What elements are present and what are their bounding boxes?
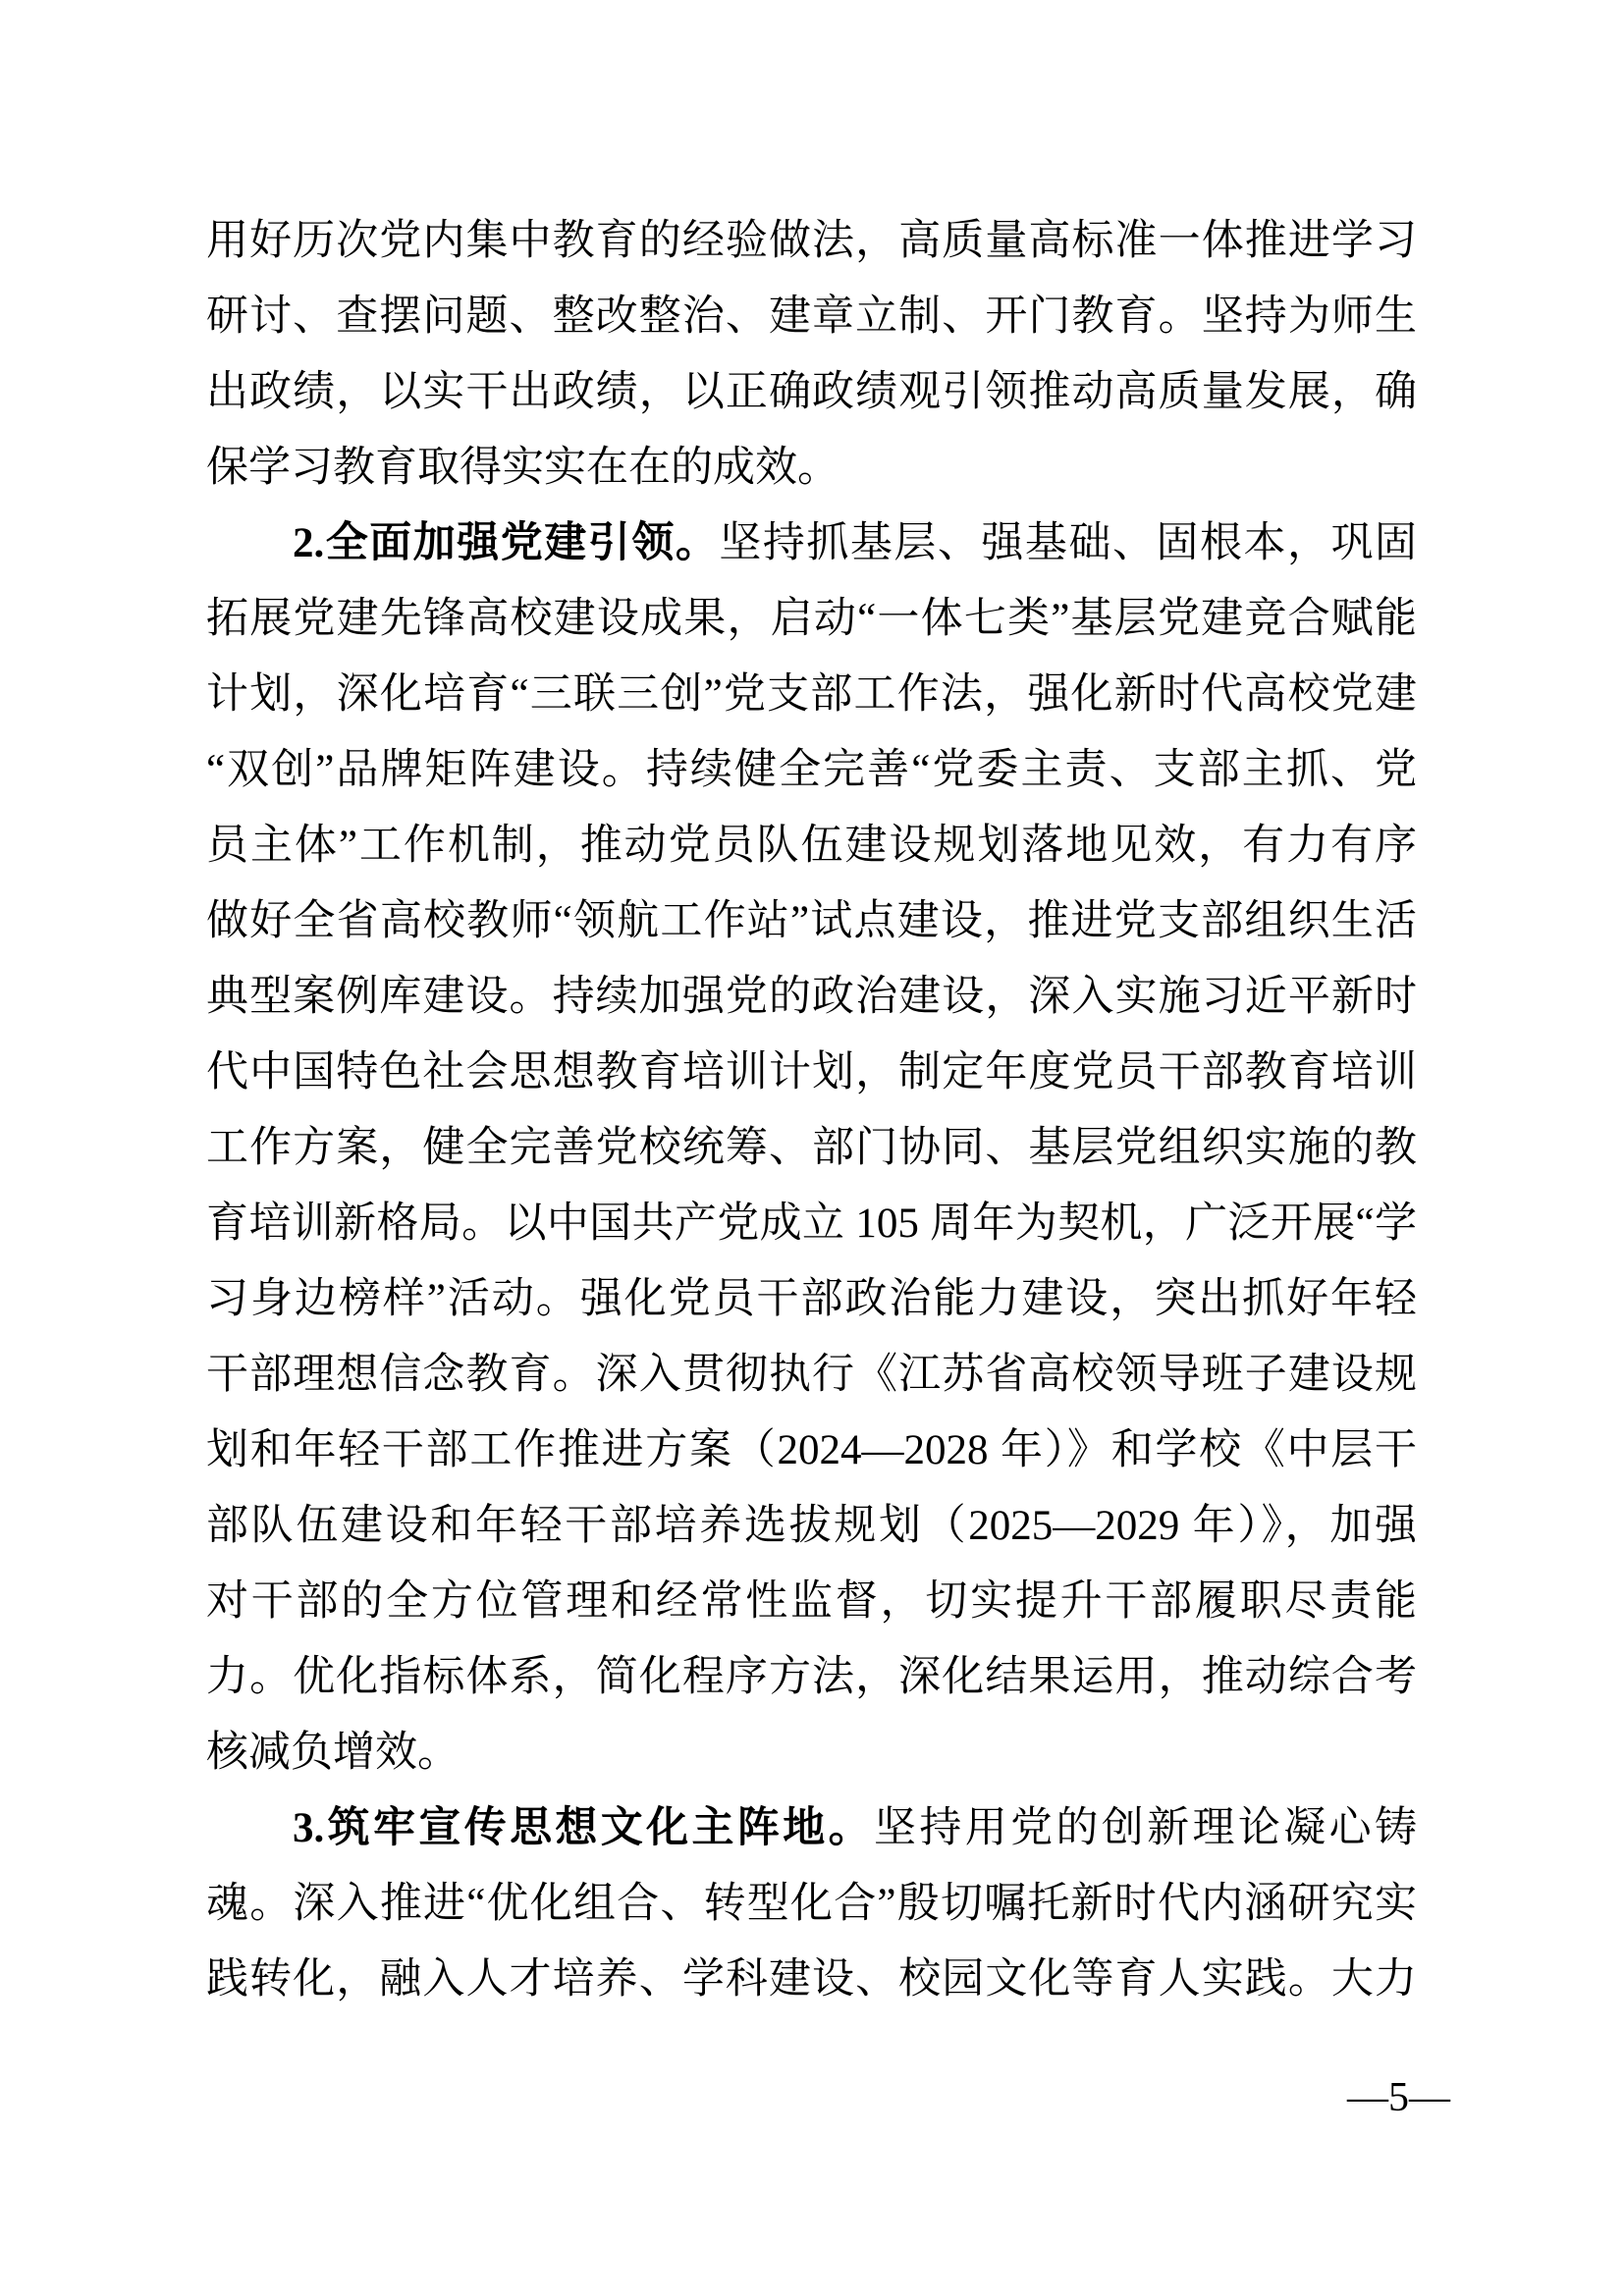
line-text: “双创”品牌矩阵建设。持续健全完善“党委主责、支部主抓、党 <box>206 747 1417 793</box>
line-text: 做好全省高校教师“领航工作站”试点建设，推进党支部组织生活 <box>206 898 1417 944</box>
line-text: 计划，深化培育“三联三创”党支部工作法，强化新时代高校党建 <box>206 671 1417 718</box>
line-text: 用好历次党内集中教育的经验做法，高质量高标准一体推进学习 <box>206 218 1417 264</box>
text-line: 核减负增效。 <box>206 1715 1417 1790</box>
line-text: 坚持用党的创新理论凝心铸 <box>874 1805 1417 1851</box>
text-line: 员主体”工作机制，推动党员队伍建设规划落地见效，有力有序 <box>206 808 1417 883</box>
text-line: 育培训新格局。以中国共产党成立 105 周年为契机，广泛开展“学 <box>206 1186 1417 1261</box>
text-line: 践转化，融入人才培养、学科建设、校园文化等育人实践。大力 <box>206 1942 1417 2017</box>
line-text: 核减负增效。 <box>206 1730 460 1776</box>
text-line: 代中国特色社会思想教育培训计划，制定年度党员干部教育培训 <box>206 1035 1417 1110</box>
page-number: —5— <box>1347 2073 1450 2122</box>
line-text: 代中国特色社会思想教育培训计划，制定年度党员干部教育培训 <box>206 1049 1417 1095</box>
line-text: 对干部的全方位管理和经常性监督，切实提升干部履职尽责能 <box>206 1578 1417 1625</box>
line-text: 魂。深入推进“优化组合、转型化合”殷切嘱托新时代内涵研究实 <box>206 1881 1417 1927</box>
line-text: 研讨、查摆问题、整改整治、建章立制、开门教育。坚持为师生 <box>206 294 1417 340</box>
text-line: 工作方案，健全完善党校统筹、部门协同、基层党组织实施的教 <box>206 1110 1417 1186</box>
line-text: 工作方案，健全完善党校统筹、部门协同、基层党组织实施的教 <box>206 1125 1417 1171</box>
text-line: 划和年轻干部工作推进方案（2024—2028 年）》和学校《中层干 <box>206 1413 1417 1488</box>
line-text: 出政绩，以实干出政绩，以正确政绩观引领推动高质量发展，确 <box>206 369 1417 415</box>
text-line: 部队伍建设和年轻干部培养选拔规划（2025—2029 年）》，加强 <box>206 1488 1417 1564</box>
line-text: 拓展党建先锋高校建设成果，启动“一体七类”基层党建竞合赋能 <box>206 596 1417 642</box>
paragraph-lead: 3.筑牢宣传思想文化主阵地。 <box>293 1805 874 1851</box>
line-text: 保学习教育取得实实在在的成效。 <box>206 445 839 491</box>
paragraph-lead: 2.全面加强党建引领。 <box>293 520 719 566</box>
text-line: 2.全面加强党建引领。坚持抓基层、强基础、固根本，巩固 <box>206 506 1417 581</box>
text-line: 习身边榜样”活动。强化党员干部政治能力建设，突出抓好年轻 <box>206 1261 1417 1337</box>
line-text: 干部理想信念教育。深入贯彻执行《江苏省高校领导班子建设规 <box>206 1352 1417 1398</box>
line-text: 坚持抓基层、强基础、固根本，巩固 <box>719 520 1417 566</box>
line-text: 习身边榜样”活动。强化党员干部政治能力建设，突出抓好年轻 <box>206 1276 1417 1322</box>
text-line: 做好全省高校教师“领航工作站”试点建设，推进党支部组织生活 <box>206 883 1417 959</box>
text-line: 典型案例库建设。持续加强党的政治建设，深入实施习近平新时 <box>206 959 1417 1035</box>
text-line: 拓展党建先锋高校建设成果，启动“一体七类”基层党建竞合赋能 <box>206 581 1417 657</box>
line-text: 典型案例库建设。持续加强党的政治建设，深入实施习近平新时 <box>206 974 1417 1020</box>
line-text: 力。优化指标体系，简化程序方法，深化结果运用，推动综合考 <box>206 1654 1417 1700</box>
text-line: 魂。深入推进“优化组合、转型化合”殷切嘱托新时代内涵研究实 <box>206 1866 1417 1942</box>
text-line: “双创”品牌矩阵建设。持续健全完善“党委主责、支部主抓、党 <box>206 732 1417 808</box>
text-line: 计划，深化培育“三联三创”党支部工作法，强化新时代高校党建 <box>206 657 1417 732</box>
text-line: 出政绩，以实干出政绩，以正确政绩观引领推动高质量发展，确 <box>206 354 1417 430</box>
line-text: 划和年轻干部工作推进方案（2024—2028 年）》和学校《中层干 <box>206 1427 1417 1473</box>
line-text: 部队伍建设和年轻干部培养选拔规划（2025—2029 年）》，加强 <box>206 1503 1417 1549</box>
line-text: 践转化，融入人才培养、学科建设、校园文化等育人实践。大力 <box>206 1956 1417 2002</box>
document-page: 用好历次党内集中教育的经验做法，高质量高标准一体推进学习 研讨、查摆问题、整改整… <box>0 0 1624 2296</box>
text-line: 保学习教育取得实实在在的成效。 <box>206 430 1417 506</box>
document-body: 用好历次党内集中教育的经验做法，高质量高标准一体推进学习 研讨、查摆问题、整改整… <box>206 203 1417 2017</box>
text-line: 3.筑牢宣传思想文化主阵地。坚持用党的创新理论凝心铸 <box>206 1790 1417 1866</box>
text-line: 干部理想信念教育。深入贯彻执行《江苏省高校领导班子建设规 <box>206 1337 1417 1413</box>
text-line: 力。优化指标体系，简化程序方法，深化结果运用，推动综合考 <box>206 1639 1417 1715</box>
text-line: 用好历次党内集中教育的经验做法，高质量高标准一体推进学习 <box>206 203 1417 279</box>
text-line: 对干部的全方位管理和经常性监督，切实提升干部履职尽责能 <box>206 1564 1417 1639</box>
text-line: 研讨、查摆问题、整改整治、建章立制、开门教育。坚持为师生 <box>206 279 1417 354</box>
line-text: 员主体”工作机制，推动党员队伍建设规划落地见效，有力有序 <box>206 823 1417 869</box>
line-text: 育培训新格局。以中国共产党成立 105 周年为契机，广泛开展“学 <box>206 1201 1417 1247</box>
